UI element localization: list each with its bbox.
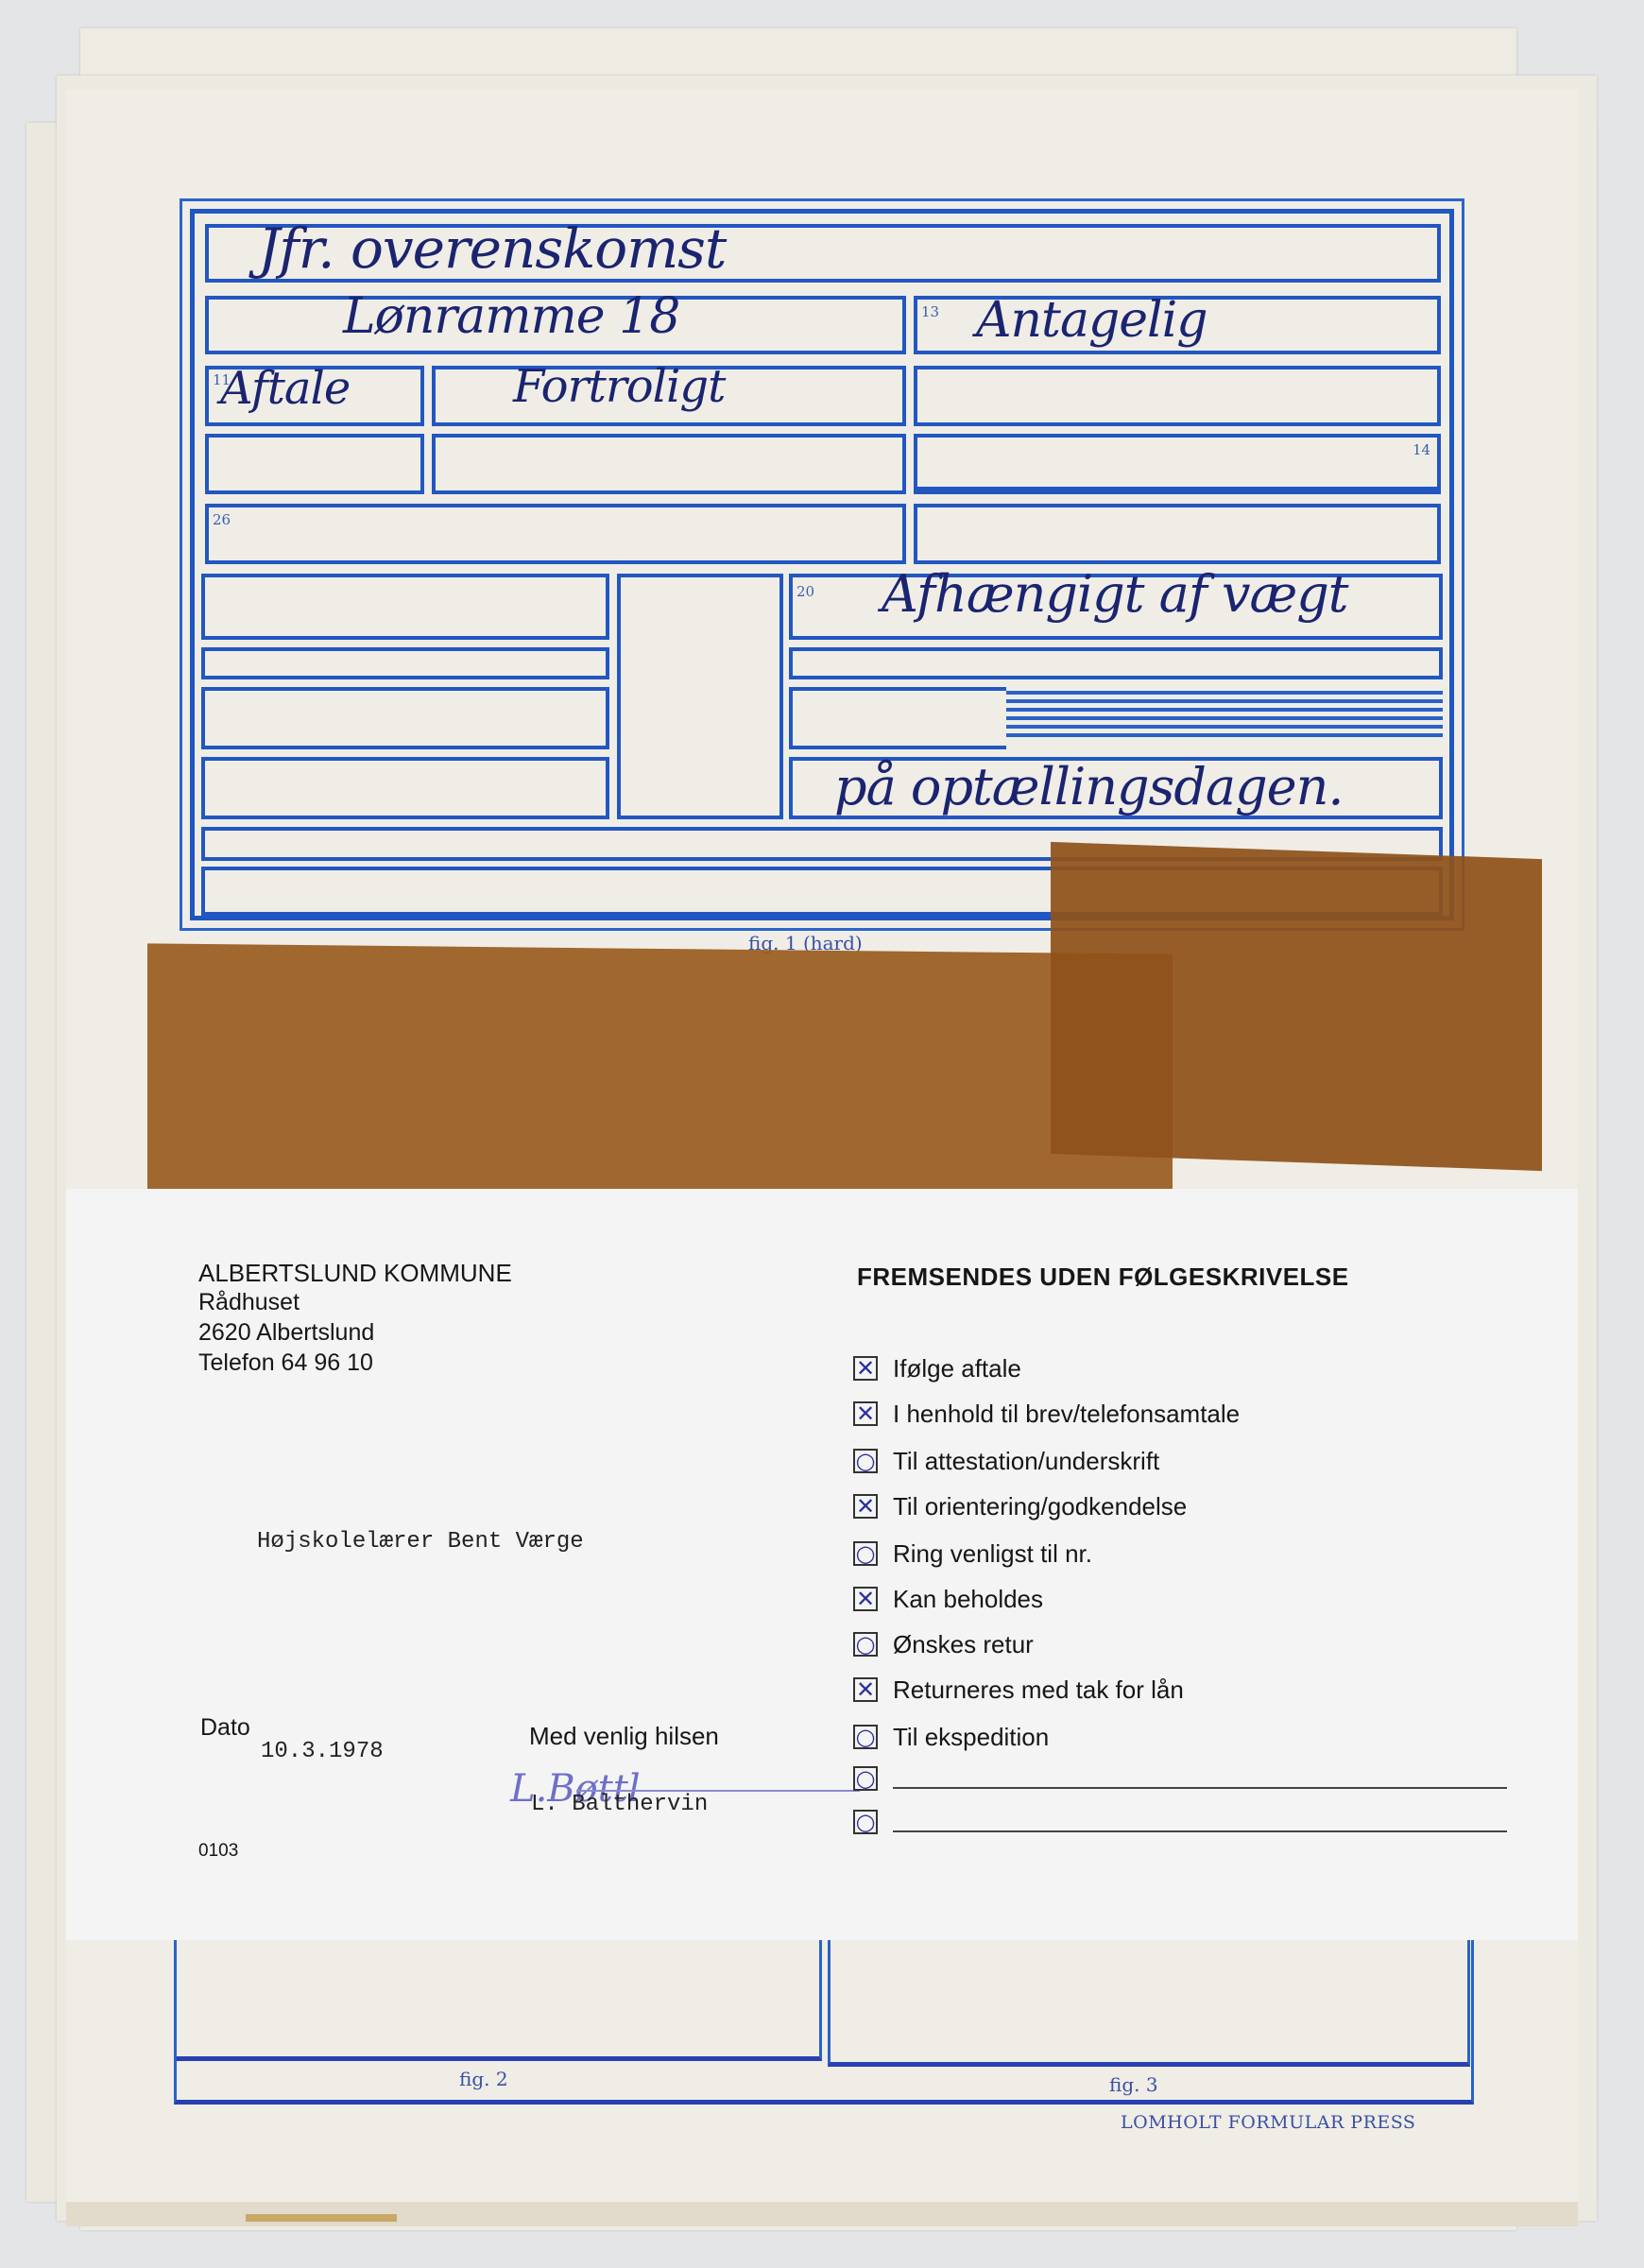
field-r4b xyxy=(432,434,906,494)
handwriting-field20a: Afhængigt af vægt xyxy=(882,564,1348,624)
field-number-20: 20 xyxy=(796,583,814,600)
checklist-item[interactable]: ○ Til attestation/underskrift xyxy=(853,1444,1159,1478)
checkbox-circle-icon[interactable]: ○ xyxy=(853,1632,878,1657)
handwriting-line2: Lønramme 18 xyxy=(343,288,679,345)
field-14 xyxy=(914,434,1441,494)
checkbox-marked-x-icon[interactable]: ✕ xyxy=(853,1587,878,1611)
greeting: Med venlig hilsen xyxy=(529,1722,719,1751)
caption-fig2: fig. 2 xyxy=(459,2068,508,2090)
checklist-label: Returneres med tak for lån xyxy=(893,1675,1184,1705)
field-b4 xyxy=(201,757,609,819)
checklist-label: Ifølge aftale xyxy=(893,1354,1021,1383)
sender-name: ALBERTSLUND KOMMUNE xyxy=(198,1259,512,1288)
checkbox-circle-icon[interactable]: ○ xyxy=(853,1449,878,1473)
handwriting-field20b: på optællingsdagen. xyxy=(834,757,1344,816)
field-20b xyxy=(789,647,1443,679)
checkbox-circle-icon[interactable]: ○ xyxy=(853,1725,878,1749)
field-r4a xyxy=(205,434,424,494)
handwriting-field11: Aftale xyxy=(220,362,350,415)
field-number-26: 26 xyxy=(213,511,231,528)
date-label: Dato xyxy=(200,1714,250,1742)
sender-address-1: Rådhuset xyxy=(198,1289,300,1316)
handwriting-line1: Jfr. overenskomst xyxy=(258,216,726,281)
checklist-item[interactable]: ○ Ønskes retur xyxy=(853,1627,1034,1661)
blank-line[interactable] xyxy=(893,1768,1507,1789)
checkbox-marked-x-icon[interactable]: ✕ xyxy=(853,1401,878,1426)
checklist-item[interactable]: ✕ Til orientering/godkendelse xyxy=(853,1489,1187,1523)
field-r5b xyxy=(914,504,1441,564)
checklist-label: Til orientering/godkendelse xyxy=(893,1492,1187,1521)
checklist-label: Til attestation/underskrift xyxy=(893,1447,1159,1476)
hatched-area xyxy=(1006,691,1443,749)
field-b2 xyxy=(201,647,609,679)
checklist-label: Ring venligst til nr. xyxy=(893,1539,1092,1569)
signer-name: L. Balthervin xyxy=(531,1792,708,1817)
checklist-item-blank[interactable]: ○ xyxy=(853,1761,1507,1795)
checklist-item[interactable]: ✕ Returneres med tak for lån xyxy=(853,1673,1184,1707)
checklist-item[interactable]: ○ Ring venligst til nr. xyxy=(853,1537,1092,1571)
form-fig1: 13 11 14 26 20 Jfr. overenskomst Lønramm… xyxy=(180,198,1464,931)
printer-credit: LOMHOLT FORMULAR PRESS xyxy=(1121,2112,1415,2133)
checkbox-marked-x-icon[interactable]: ✕ xyxy=(853,1494,878,1519)
checkbox-circle-icon[interactable]: ○ xyxy=(853,1810,878,1834)
form-bottom-outer xyxy=(174,1940,1474,2105)
field-26 xyxy=(205,504,906,564)
bottom-edge-mark xyxy=(246,2214,397,2222)
tape-strip-right xyxy=(1051,842,1542,1171)
checkbox-circle-icon[interactable]: ○ xyxy=(853,1541,878,1566)
field-13b xyxy=(914,366,1441,426)
checklist-item[interactable]: ✕ I henhold til brev/telefonsamtale xyxy=(853,1397,1240,1431)
checklist-item[interactable]: ✕ Ifølge aftale xyxy=(853,1351,1021,1385)
field-b1 xyxy=(201,574,609,640)
sender-address-2: 2620 Albertslund xyxy=(198,1319,374,1347)
date-value: 10.3.1978 xyxy=(261,1739,384,1764)
checklist-item[interactable]: ✕ Kan beholdes xyxy=(853,1582,1043,1616)
form-code: 0103 xyxy=(198,1841,238,1862)
checklist-label: Til ekspedition xyxy=(893,1723,1049,1752)
handwriting-field11b: Fortroligt xyxy=(513,360,725,413)
field-middle-column xyxy=(617,574,783,819)
field-number-14: 14 xyxy=(1413,441,1430,458)
checklist-heading: FREMSENDES UDEN FØLGESKRIVELSE xyxy=(857,1263,1349,1292)
checklist-label: Kan beholdes xyxy=(893,1585,1043,1614)
checklist-label: Ønskes retur xyxy=(893,1630,1034,1659)
field-20c xyxy=(789,687,1006,749)
blank-line[interactable] xyxy=(893,1812,1507,1832)
caption-fig3: fig. 3 xyxy=(1109,2073,1158,2096)
checkbox-marked-x-icon[interactable]: ✕ xyxy=(853,1677,878,1702)
checklist-label: I henhold til brev/telefonsamtale xyxy=(893,1400,1240,1429)
field-number-13: 13 xyxy=(921,303,939,320)
checkbox-circle-icon[interactable]: ○ xyxy=(853,1766,878,1791)
handwriting-field13: Antagelig xyxy=(976,292,1207,349)
sender-phone: Telefon 64 96 10 xyxy=(198,1349,373,1377)
checklist-item-blank[interactable]: ○ xyxy=(853,1805,1507,1839)
recipient: Højskolelærer Bent Værge xyxy=(257,1529,584,1555)
field-b3 xyxy=(201,687,609,749)
checkbox-marked-x-icon[interactable]: ✕ xyxy=(853,1356,878,1381)
checklist-item[interactable]: ○ Til ekspedition xyxy=(853,1720,1049,1754)
